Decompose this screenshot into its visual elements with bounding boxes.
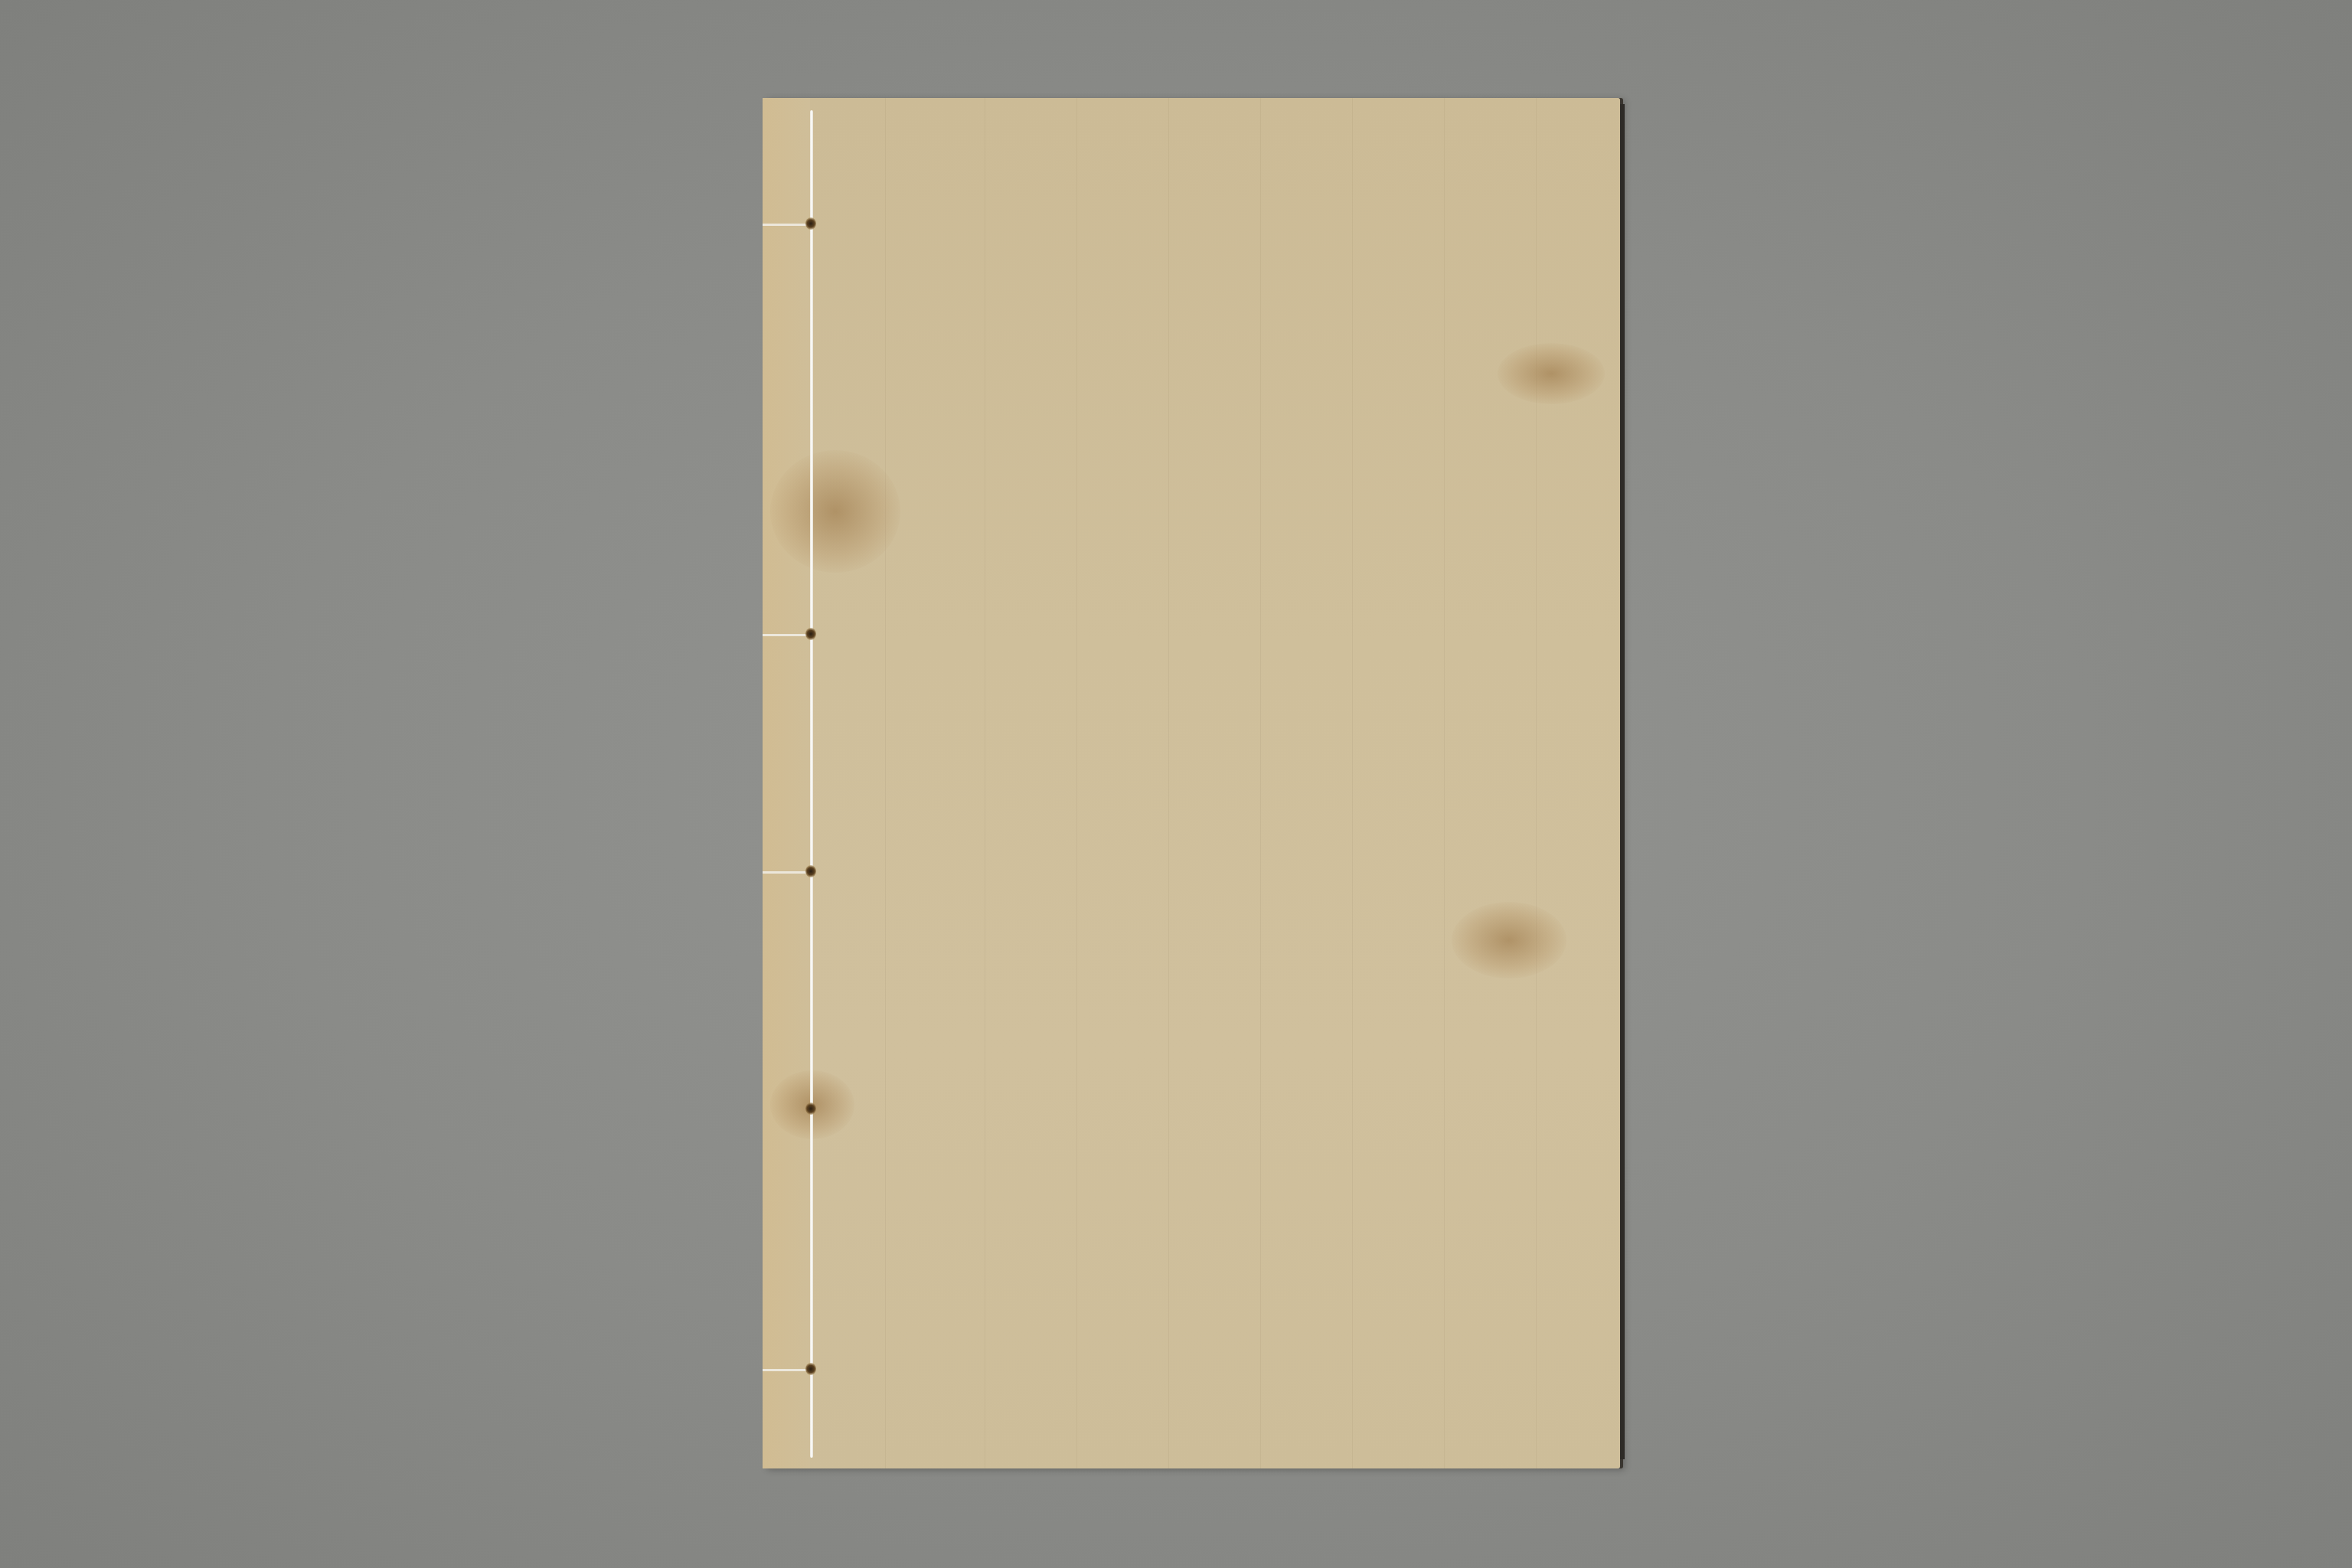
water-stain xyxy=(770,450,900,573)
paper-ruling-line xyxy=(1536,98,1537,1468)
paper-ruling-line xyxy=(1076,98,1077,1468)
paper-ruling-line xyxy=(1260,98,1261,1468)
paper-ruling-line xyxy=(1444,98,1445,1468)
binding-stitch xyxy=(763,634,812,636)
binding-hole xyxy=(805,217,816,230)
paper-ruling-line xyxy=(1352,98,1353,1468)
binding-hole xyxy=(805,628,816,640)
binding-hole xyxy=(805,1102,816,1115)
binding-hole xyxy=(805,1363,816,1375)
binding-stitch xyxy=(763,224,812,226)
water-stain xyxy=(1498,343,1605,404)
binding-stitch xyxy=(763,871,812,874)
paper-ruling-line xyxy=(985,98,985,1468)
binding-hole xyxy=(805,865,816,877)
paper-ruling-line xyxy=(885,98,886,1468)
spine-margin xyxy=(763,98,810,1468)
water-stain xyxy=(1452,902,1566,978)
book-page-edge xyxy=(1620,104,1625,1459)
binding-stitch xyxy=(763,1369,812,1371)
paper-ruling-line xyxy=(1168,98,1169,1468)
binding-thread xyxy=(810,110,813,1458)
book-cover xyxy=(763,98,1620,1468)
